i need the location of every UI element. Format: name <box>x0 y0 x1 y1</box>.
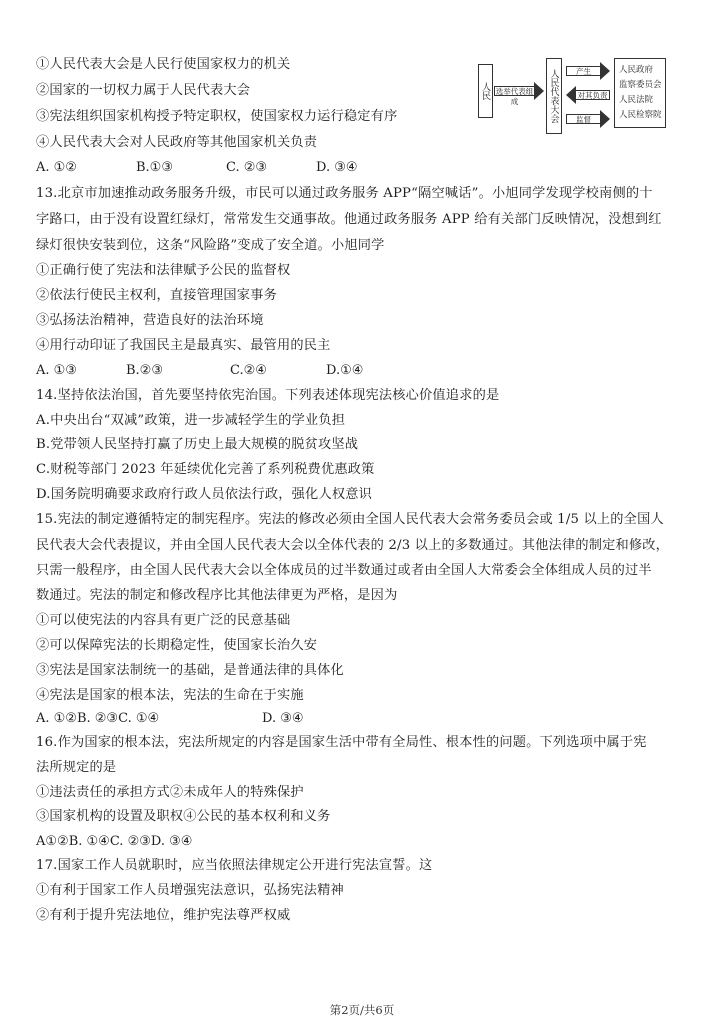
produce-arrow: 产生 <box>566 64 610 78</box>
organ-procuratorate: 人民检察院 <box>619 108 665 123</box>
q12-statement-2: ②国家的一切权力属于人民代表大会 <box>36 83 250 99</box>
q16-options-inline: A①②B. ①④C. ②③D. ③④ <box>36 834 192 849</box>
organ-court: 人民法院 <box>619 93 665 108</box>
arrow-right-icon <box>600 110 610 128</box>
responsible-arrow: 对其负责 <box>566 88 610 102</box>
q15-stem-line-2: 民代表大会代表提议，并由全国人民代表大会以全体代表的 2/3 以上的多数通过。其… <box>36 538 669 554</box>
q12-statement-3: ③宪法组织国家机构授予特定职权，使国家权力运行稳定有序 <box>36 109 397 125</box>
q17-statement-1: ①有利于国家工作人员增强宪法意识，弘扬宪法精神 <box>36 883 344 899</box>
q12-option-c: C. ②③ <box>226 160 267 175</box>
arrow-right-icon <box>534 82 544 100</box>
elect-arrow: 选举代表组成 <box>494 84 544 98</box>
q15-statement-2: ②可以保障宪法的长期稳定性，使国家长治久安 <box>36 638 317 654</box>
q12-statement-4: ④人民代表大会对人民政府等其他国家机关负责 <box>36 135 317 151</box>
state-structure-diagram: 人民 选举代表组成 人民代表大会 产生 对其负责 监督 人民政府 监察委员会 人… <box>472 50 692 136</box>
q15-statement-3: ③宪法是国家法制统一的基础，是普通法律的具体化 <box>36 663 344 679</box>
organ-supervisory: 监察委员会 <box>619 78 665 93</box>
q13-stem-line-3: 绿灯很快安装到位，这条“风险路”变成了安全道。小旭同学 <box>36 238 385 254</box>
q13-option-b: B.②③ <box>126 363 163 378</box>
q14-choice-c: C.财税等部门 2023 年延续优化完善了系列税费优惠政策 <box>36 462 375 478</box>
q12-option-a: A. ①② <box>36 160 77 175</box>
q13-statement-1: ①正确行使了宪法和法律赋予公民的监督权 <box>36 263 290 279</box>
q15-option-d: D. ③④ <box>262 711 304 726</box>
arrow-right-icon <box>600 62 610 80</box>
q13-statement-2: ②依法行使民主权利，直接管理国家事务 <box>36 288 277 304</box>
responsible-label: 对其负责 <box>576 90 610 100</box>
q14-choice-a: A.中央出台“双减”政策，进一步减轻学生的学业负担 <box>36 413 345 429</box>
page-number: 第2页/共6页 <box>0 1002 724 1018</box>
q15-options-abc: A. ①②B. ②③C. ①④ <box>36 711 159 726</box>
q13-option-a: A. ①③ <box>36 363 77 378</box>
q12-option-d: D. ③④ <box>316 160 358 175</box>
q13-option-d: D.①④ <box>326 363 363 378</box>
q15-stem-line-3: 只需一般程序，由全国人民代表大会以全体成员的过半数通过或者由全国人大常委会全体组… <box>36 563 652 579</box>
q13-option-c: C.②④ <box>230 363 267 378</box>
people-box: 人民 <box>478 64 493 118</box>
q13-statement-4: ④用行动印证了我国民主是最真实、最管用的民主 <box>36 338 331 354</box>
q16-stem-line-2: 法所规定的是 <box>36 760 116 776</box>
q16-statements-line-1: ①违法责任的承担方式②未成年人的特殊保护 <box>36 785 304 801</box>
q14-stem: 14.坚持依法治国，首先要坚持依宪治国。下列表述体现宪法核心价值追求的是 <box>36 388 499 404</box>
q15-stem-line-1: 15.宪法的制定遵循特定的制宪程序。宪法的修改必须由全国人民代表大会常务委员会或… <box>36 512 664 528</box>
q15-statement-1: ①可以使宪法的内容具有更广泛的民意基础 <box>36 613 290 629</box>
q16-statements-line-2: ③国家机构的设置及职权④公民的基本权利和义务 <box>36 809 331 825</box>
elect-label: 选举代表组成 <box>494 86 534 96</box>
q14-choice-d: D.国务院明确要求政府行政人员依法行政，强化人权意识 <box>36 487 372 503</box>
q12-statement-1: ①人民代表大会是人民行使国家权力的机关 <box>36 57 290 73</box>
produce-label: 产生 <box>566 66 600 76</box>
state-organs-box: 人民政府 监察委员会 人民法院 人民检察院 <box>614 58 666 128</box>
q16-stem-line-1: 16.作为国家的根本法，宪法所规定的内容是国家生活中带有全局性、根本性的问题。下… <box>36 735 647 751</box>
q12-option-b: B.①③ <box>136 160 173 175</box>
arrow-left-icon <box>566 86 576 104</box>
supervise-label: 监督 <box>566 114 600 124</box>
congress-box: 人民代表大会 <box>546 58 562 134</box>
q14-choice-b: B.党带领人民坚持打赢了历史上最大规模的脱贫攻坚战 <box>36 437 358 453</box>
organ-government: 人民政府 <box>619 63 665 78</box>
q15-statement-4: ④宪法是国家的根本法，宪法的生命在于实施 <box>36 688 304 704</box>
q13-stem-line-2: 字路口，由于没有设置红绿灯，常常发生交通事故。他通过政务服务 APP 给有关部门… <box>36 212 662 228</box>
supervise-arrow: 监督 <box>566 112 610 126</box>
q13-stem-line-1: 13.北京市加速推动政务服务升级，市民可以通过政务服务 APP“隔空喊话”。小旭… <box>36 186 653 202</box>
q15-stem-line-4: 数通过。宪法的制定和修改程序比其他法律更为严格，是因为 <box>36 588 397 604</box>
q13-statement-3: ③弘扬法治精神，营造良好的法治环境 <box>36 313 264 329</box>
q17-stem: 17.国家工作人员就职时，应当依照法律规定公开进行宪法宣誓。这 <box>36 858 432 874</box>
q17-statement-2: ②有利于提升宪法地位，维护宪法尊严权威 <box>36 908 290 924</box>
exam-page: ①人民代表大会是人民行使国家权力的机关 ②国家的一切权力属于人民代表大会 ③宪法… <box>0 0 724 1024</box>
